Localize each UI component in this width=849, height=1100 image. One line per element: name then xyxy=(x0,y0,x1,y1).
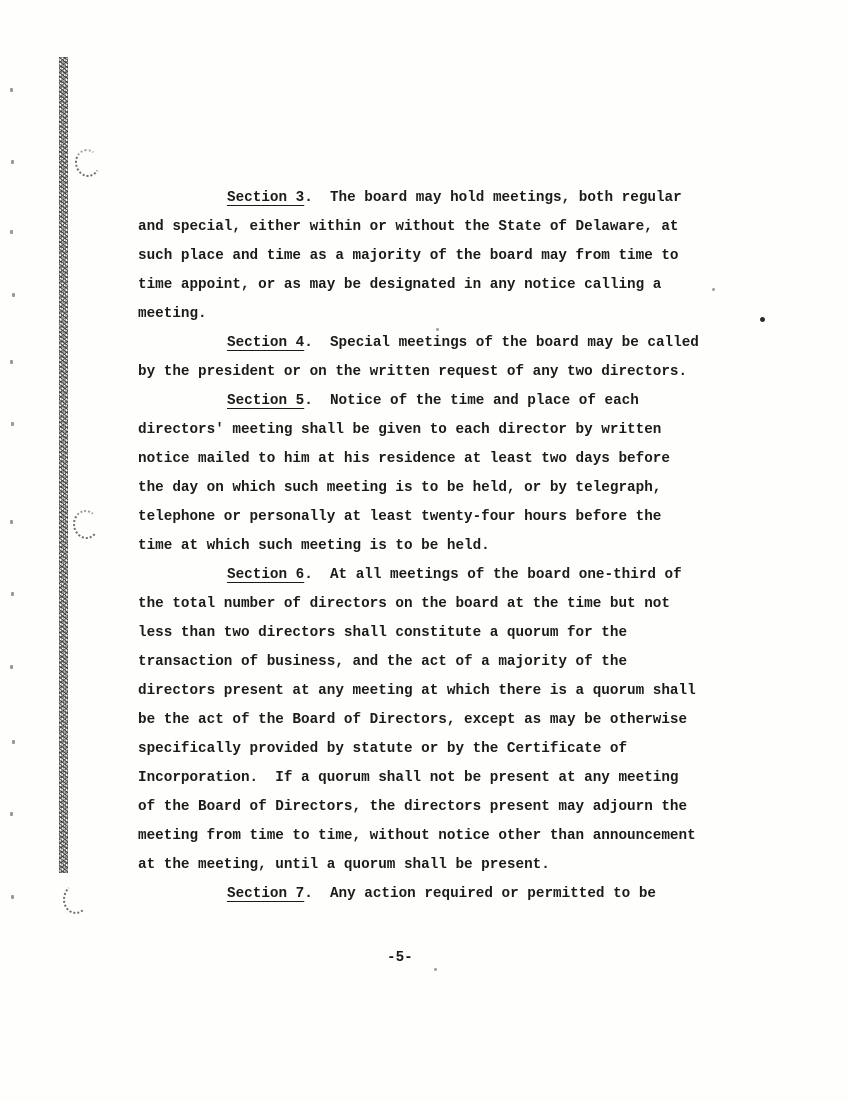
scan-dot xyxy=(434,968,437,971)
section-heading: Section 7 xyxy=(227,886,304,902)
section-heading: Section 3 xyxy=(227,190,304,206)
section-heading: Section 5 xyxy=(227,393,304,409)
text-line: Section 7. Any action required or permit… xyxy=(138,880,728,909)
document-page: Section 3. The board may hold meetings, … xyxy=(0,0,849,1100)
text-line: and special, either within or without th… xyxy=(138,213,728,242)
text-line: directors present at any meeting at whic… xyxy=(138,677,728,706)
text-line: Section 5. Notice of the time and place … xyxy=(138,387,728,416)
text-line: such place and time as a majority of the… xyxy=(138,242,728,271)
text-line: at the meeting, until a quorum shall be … xyxy=(138,851,728,880)
scan-dot xyxy=(760,317,765,322)
text-line: meeting from time to time, without notic… xyxy=(138,822,728,851)
text-line: Section 4. Special meetings of the board… xyxy=(138,329,728,358)
text-line: Section 3. The board may hold meetings, … xyxy=(138,184,728,213)
text-line: meeting. xyxy=(138,300,728,329)
text-line: Section 6. At all meetings of the board … xyxy=(138,561,728,590)
text-line: the total number of directors on the boa… xyxy=(138,590,728,619)
text-line: of the Board of Directors, the directors… xyxy=(138,793,728,822)
text-line: less than two directors shall constitute… xyxy=(138,619,728,648)
section-heading: Section 4 xyxy=(227,335,304,351)
text-line: directors' meeting shall be given to eac… xyxy=(138,416,728,445)
text-line: time appoint, or as may be designated in… xyxy=(138,271,728,300)
binding-edge-texture xyxy=(59,57,68,873)
hole-punch-mark xyxy=(71,508,101,540)
text-line: Incorporation. If a quorum shall not be … xyxy=(138,764,728,793)
document-body: Section 3. The board may hold meetings, … xyxy=(138,184,728,909)
text-line: specifically provided by statute or by t… xyxy=(138,735,728,764)
hole-punch-mark xyxy=(72,147,102,180)
text-line: by the president or on the written reque… xyxy=(138,358,728,387)
page-number: -5- xyxy=(387,948,413,968)
text-line: notice mailed to him at his residence at… xyxy=(138,445,728,474)
text-line: telephone or personally at least twenty-… xyxy=(138,503,728,532)
text-line: be the act of the Board of Directors, ex… xyxy=(138,706,728,735)
hole-punch-mark xyxy=(62,883,91,916)
section-heading: Section 6 xyxy=(227,567,304,583)
text-line: the day on which such meeting is to be h… xyxy=(138,474,728,503)
text-line: time at which such meeting is to be held… xyxy=(138,532,728,561)
text-line: transaction of business, and the act of … xyxy=(138,648,728,677)
